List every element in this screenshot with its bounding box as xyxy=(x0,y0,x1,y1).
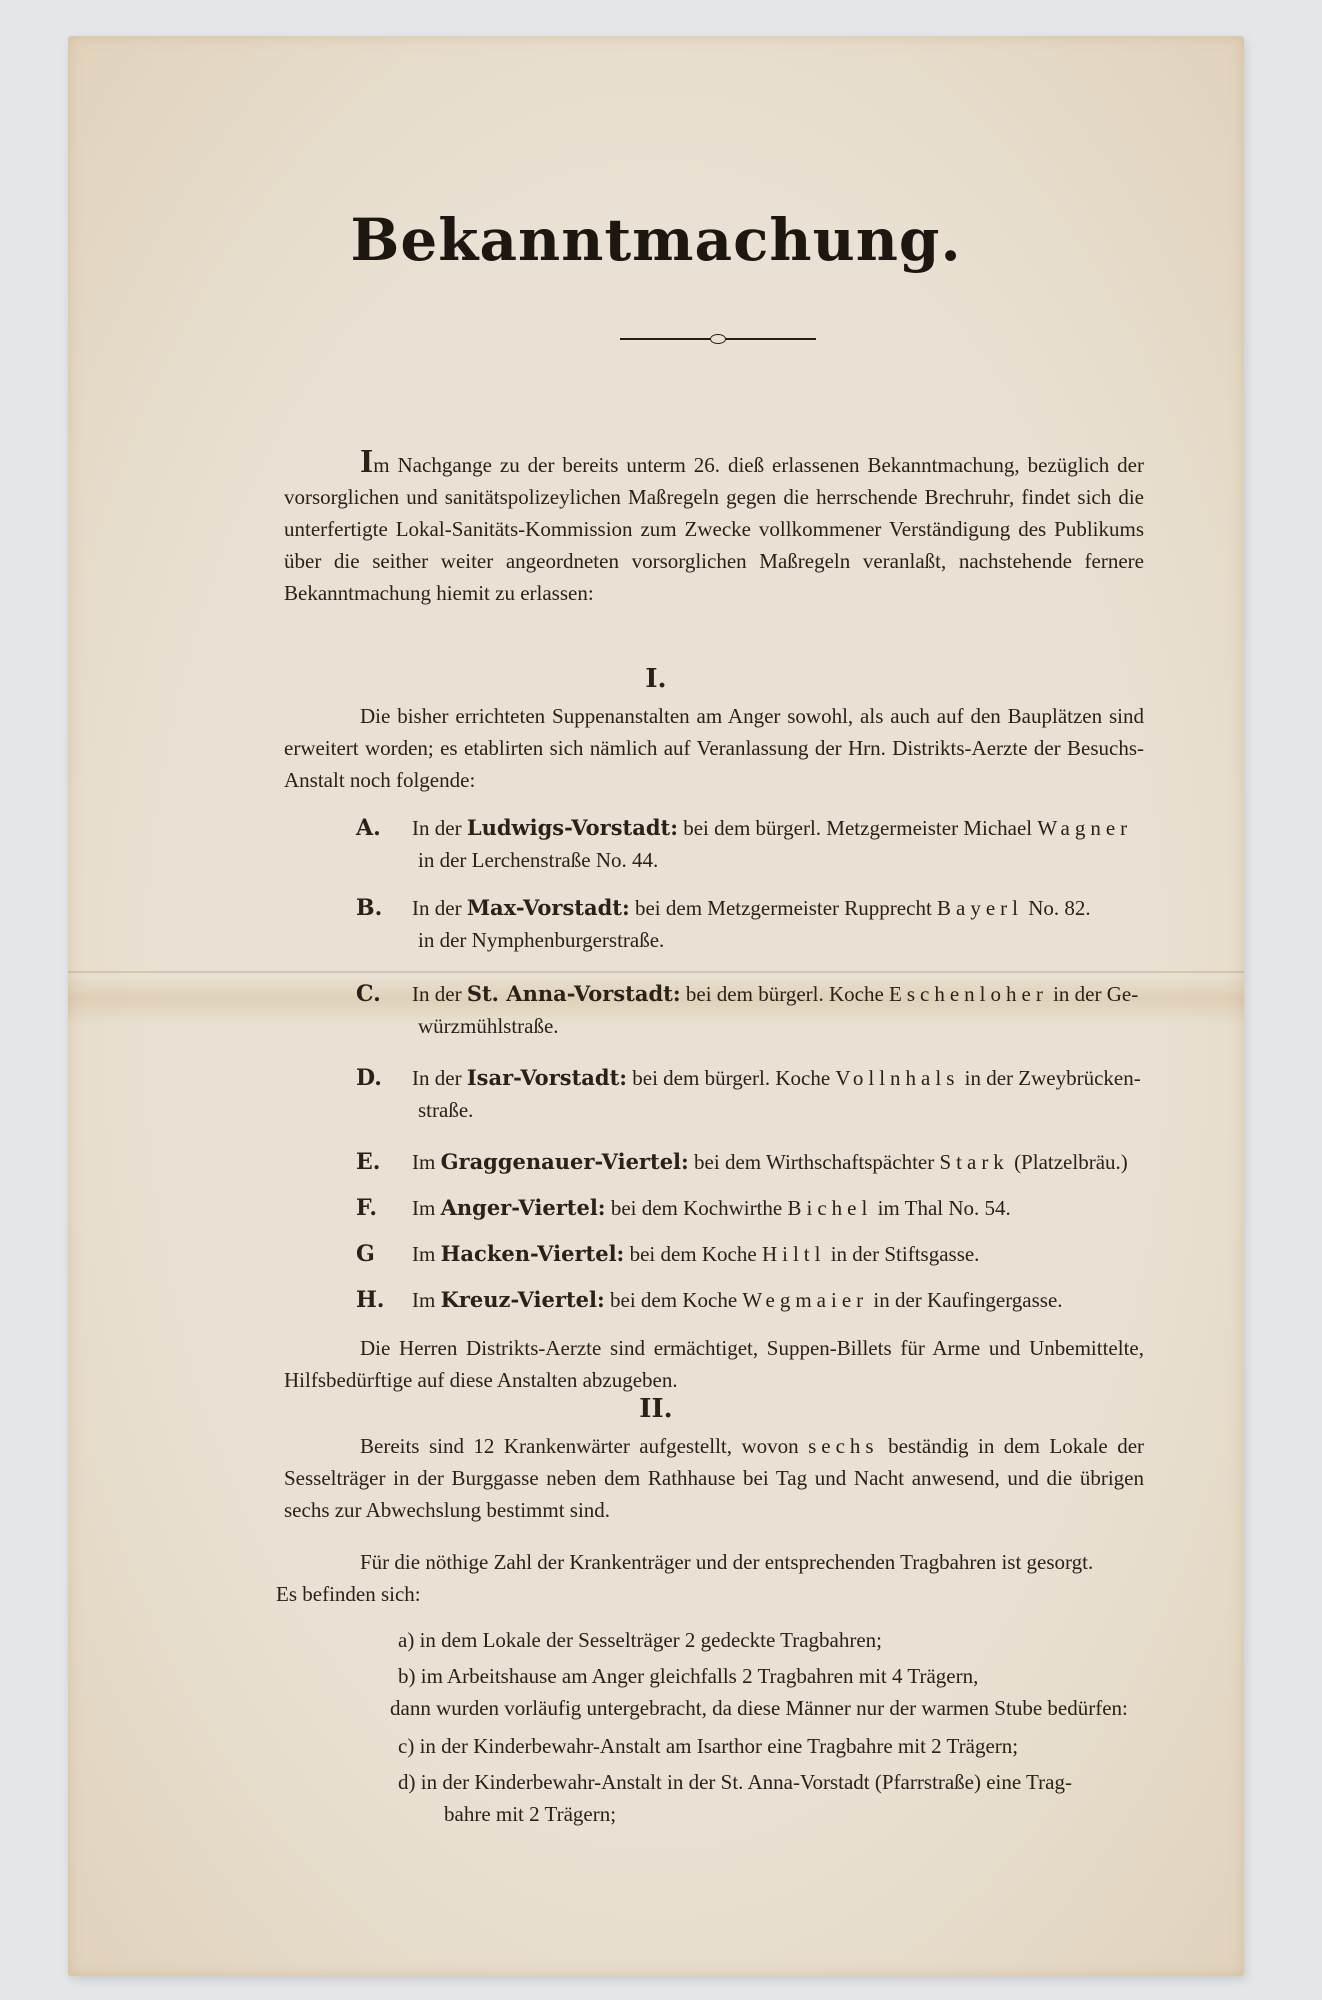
paper-sheet: Bekanntmachung. Im Nachgange zu der bere… xyxy=(68,36,1244,1976)
list-item-g: G Im Hacken-Viertel: bei dem Koche Hiltl… xyxy=(356,1238,1156,1270)
sublist-item-a: a) in dem Lokale der Sesselträger 2 gede… xyxy=(398,1624,1168,1656)
list-item-h: H. Im Kreuz-Viertel: bei dem Koche Wegma… xyxy=(356,1284,1156,1316)
section-numeral-2: II. xyxy=(68,1394,1244,1424)
sublist-item-c: c) in der Kinderbewahr-Anstalt am Isarth… xyxy=(398,1730,1168,1762)
list-item-e: E. Im Graggenauer-Viertel: bei dem Wirth… xyxy=(356,1146,1156,1178)
sublist-item-b: b) im Arbeitshause am Anger gleichfalls … xyxy=(398,1660,1168,1724)
section2-paragraph-2: Für die nöthige Zahl der Krankenträger u… xyxy=(284,1546,1144,1578)
section-numeral-1: I. xyxy=(68,664,1244,694)
section1-closing: Die Herren Distrikts-Aerzte sind ermächt… xyxy=(284,1332,1144,1396)
section2-paragraph-2-cont: Es befinden sich: xyxy=(276,1578,1136,1610)
paper-fold xyxy=(68,971,1244,973)
list-item-f: F. Im Anger-Viertel: bei dem Kochwirthe … xyxy=(356,1192,1156,1224)
list-item-d: D. In der Isar-Vorstadt: bei dem bürgerl… xyxy=(356,1062,1156,1126)
intro-paragraph: Im Nachgange zu der bereits unterm 26. d… xyxy=(284,446,1144,609)
list-item-b: B. In der Max-Vorstadt: bei dem Metzgerm… xyxy=(356,892,1156,956)
drop-cap: I xyxy=(360,443,373,480)
list-item-a: A. In der Ludwigs-Vorstadt: bei dem bürg… xyxy=(356,812,1156,876)
sublist-item-d: d) in der Kinderbewahr-Anstalt in der St… xyxy=(398,1766,1168,1830)
section1-intro: Die bisher errichteten Suppenanstalten a… xyxy=(284,700,1144,796)
section2-paragraph-1: Bereits sind 12 Krankenwärter aufgestell… xyxy=(284,1430,1144,1526)
page-title: Bekanntmachung. xyxy=(68,206,1244,274)
title-ornament-divider xyxy=(620,334,816,344)
list-item-c: C. In der St. Anna-Vorstadt: bei dem bür… xyxy=(356,978,1156,1042)
